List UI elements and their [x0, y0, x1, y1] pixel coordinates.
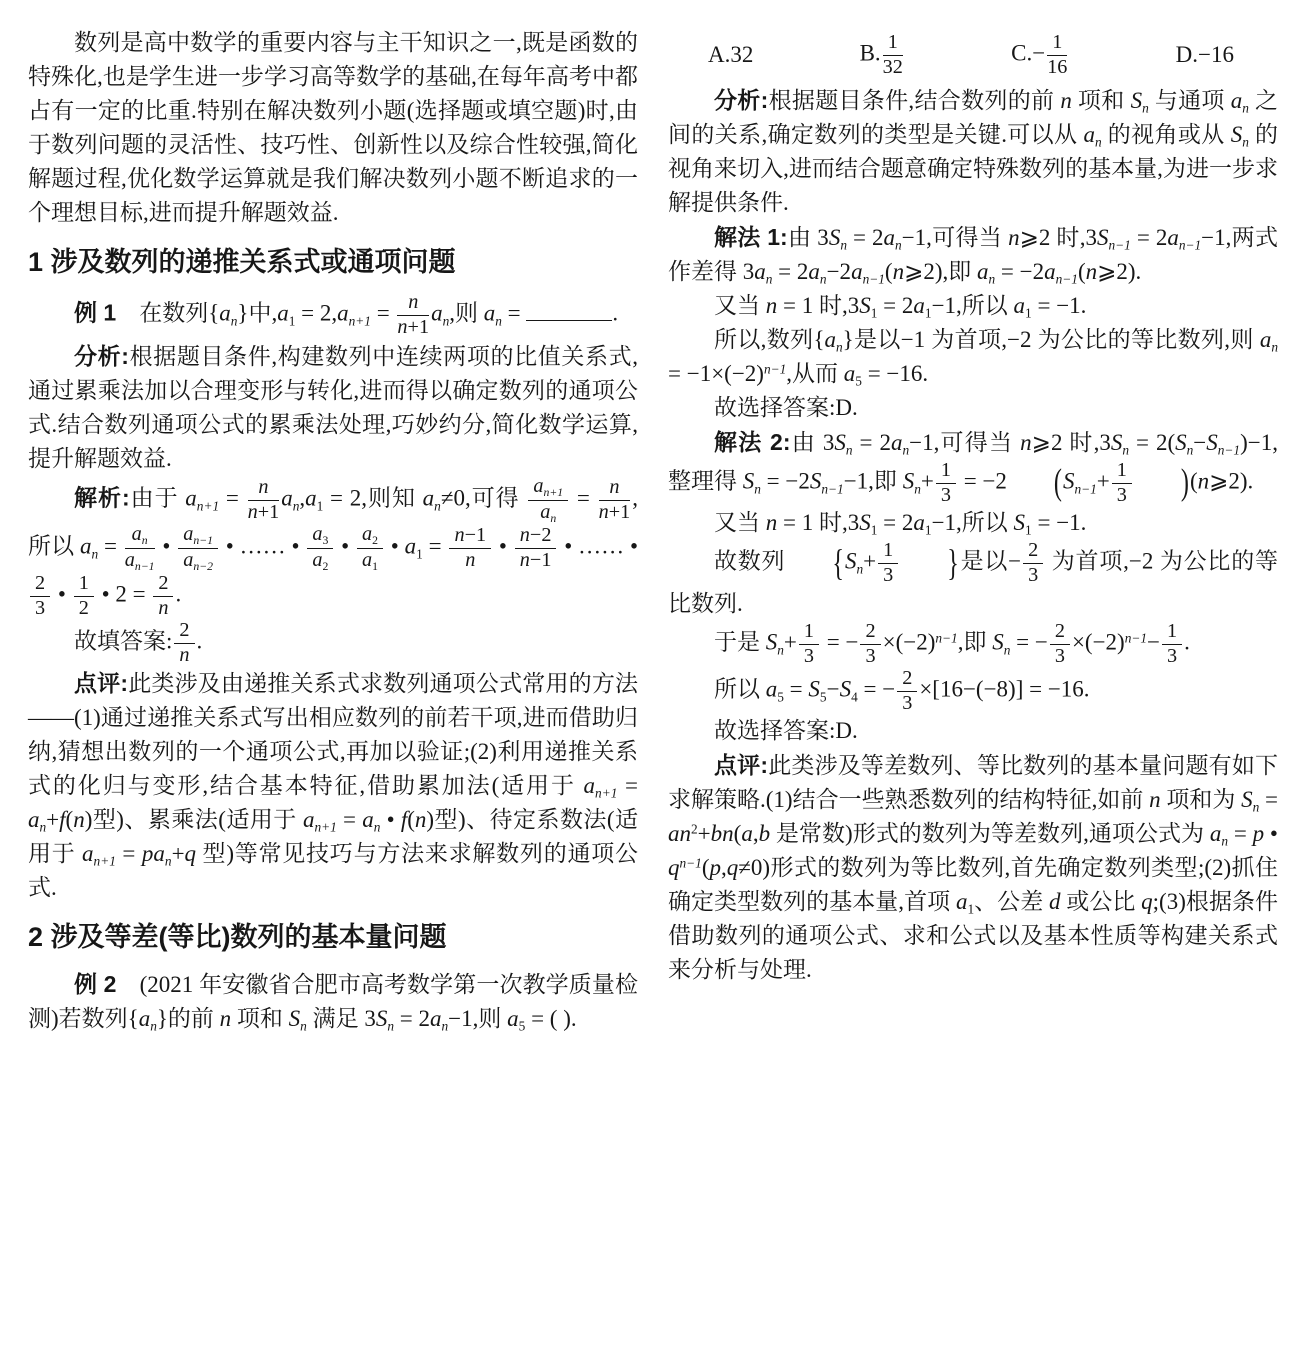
text-run: 所以 — [714, 676, 766, 701]
math-superscript: n−1 — [764, 361, 786, 376]
math-variable: S — [810, 468, 822, 493]
text-run: 2 — [865, 620, 875, 642]
math-variable: n — [158, 597, 168, 619]
math-subscript: 2 — [322, 560, 328, 573]
math-variable: a — [423, 485, 435, 510]
math-subscript: 3 — [322, 534, 328, 547]
math-subscript: n — [142, 534, 148, 547]
fraction: 12 — [72, 573, 96, 620]
text-run: ( — [1190, 468, 1198, 493]
math-variable: a — [913, 510, 925, 535]
math-variable: S — [992, 630, 1004, 655]
method-2-sequence: 故数列{Sn+13}是以−23 为首项,−2 为公比的等比数列. — [668, 540, 1278, 621]
math-variable: a — [808, 259, 820, 284]
text-run: 满足 3 — [307, 1006, 376, 1031]
fraction: an+1an — [526, 476, 570, 525]
math-variable: a — [884, 225, 896, 250]
fraction-denominator: 3 — [897, 692, 917, 715]
fraction-denominator: n+1 — [599, 501, 631, 524]
answer-choice-1: 故选择答案:D. — [668, 391, 1278, 425]
text-run: = — [1228, 821, 1253, 846]
text-run: −1 — [465, 524, 487, 546]
fraction-numerator: 1 — [1162, 621, 1182, 645]
text-run: + — [784, 630, 797, 655]
fraction-denominator: 3 — [1112, 484, 1132, 507]
math-variable: n — [258, 476, 268, 498]
math-variable: n — [1149, 787, 1161, 812]
text-run: −2 — [530, 524, 552, 546]
math-variable: S — [1206, 430, 1218, 455]
math-variable: n — [893, 259, 905, 284]
math-variable: q — [727, 855, 739, 880]
text-run: • — [52, 582, 72, 607]
text-run: = 2 — [853, 430, 891, 455]
text-run: • — [1264, 821, 1278, 846]
text-run: 3 — [35, 597, 45, 619]
math-variable: a — [540, 501, 550, 523]
math-subscript: 5 — [777, 689, 784, 704]
text-run: 是以− — [960, 549, 1021, 574]
fraction-denominator: 2 — [74, 597, 94, 620]
text-run: = −1×(−2) — [668, 361, 764, 386]
math-subscript: n+1 — [544, 486, 564, 499]
math-variable: S — [766, 630, 778, 655]
math-subscript: n — [434, 498, 441, 513]
text-run: ×(−2) — [883, 630, 936, 655]
fraction-numerator: 1 — [1112, 460, 1132, 484]
math-subscript: n — [820, 271, 827, 286]
fraction: anan−1 — [123, 524, 157, 573]
example-1: 例 1 在数列{an}中,a1 = 2,an+1 = nn+1an,则 an =… — [28, 292, 638, 339]
math-subscript: n−1 — [135, 560, 155, 573]
text-run: − — [827, 676, 840, 701]
text-run: 的视角或从 — [1102, 122, 1231, 147]
math-variable: a — [977, 259, 989, 284]
math-variable: n — [1060, 88, 1072, 113]
fraction: n−1n — [447, 525, 493, 572]
text-run: 1 — [1167, 620, 1177, 642]
text-run: = — [423, 534, 448, 559]
text-run: 项和 — [1072, 88, 1131, 113]
math-variable: a — [766, 676, 778, 701]
fraction-denominator: a1 — [357, 549, 383, 573]
section-1-heading: 1 涉及数列的递推关系式或通项问题 — [28, 244, 638, 280]
math-variable: a — [584, 773, 596, 798]
section-2-heading: 2 涉及等差(等比)数列的基本量问题 — [28, 919, 638, 955]
fraction-numerator: n−2 — [515, 525, 557, 549]
math-subscript: n — [914, 481, 921, 496]
text-run: = 2 — [847, 225, 884, 250]
choices-row: A.32B.132C.−116D.−16 — [668, 26, 1278, 83]
math-variable: S — [859, 510, 871, 535]
math-subscript: n−1 — [863, 271, 885, 286]
text-run: = − — [821, 630, 858, 655]
text-run: 2 — [35, 572, 45, 594]
fraction-denominator: 3 — [860, 645, 880, 668]
math-variable: a — [1260, 327, 1272, 352]
fraction: 13 — [876, 540, 900, 587]
bold-label: 分析: — [74, 343, 129, 369]
fraction-denominator: n+1 — [397, 316, 429, 339]
choice-D: D.−16 — [1176, 38, 1234, 72]
text-run: • — [380, 807, 400, 832]
left-column: 数列是高中数学的重要内容与主干知识之一,既是函数的特殊化,也是学生进一步学习高等… — [28, 26, 638, 1036]
math-variable: n — [220, 1006, 232, 1031]
math-subscript: n — [754, 481, 761, 496]
fraction-denominator: n — [174, 644, 194, 667]
text-run: = 2 — [1131, 225, 1168, 250]
text-run: ×[16−(−8)] = −16. — [919, 676, 1089, 701]
math-variable: a — [312, 523, 322, 545]
fraction-numerator: n — [397, 292, 429, 316]
text-run: • …… • — [220, 534, 305, 559]
fraction: 13 — [797, 621, 821, 668]
text-run: 1 — [1052, 31, 1062, 53]
math-subscript: 1 — [925, 523, 932, 538]
text-run: ,则 — [449, 301, 484, 326]
method-2: 解法 2:由 3Sn = 2an−1,可得当 n⩾2 时,3Sn = 2(Sn−… — [668, 425, 1278, 507]
bold-label: 解法 2: — [714, 429, 790, 455]
text-run: 由 3 — [788, 225, 829, 250]
text-run: . — [1184, 630, 1190, 655]
answer-choice-2: 故选择答案:D. — [668, 714, 1278, 748]
text-run: = 2 — [772, 259, 808, 284]
math-subscript: 1 — [1025, 523, 1032, 538]
math-variable: n — [248, 501, 258, 523]
fraction: 13 — [1110, 460, 1134, 507]
math-variable: a — [337, 301, 349, 326]
text-run: 1 — [941, 459, 951, 481]
math-subscript: n — [1242, 134, 1249, 149]
math-variable: q — [668, 855, 680, 880]
math-variable: a — [741, 821, 753, 846]
math-subscript: n — [550, 512, 556, 525]
text-run: 又当 — [714, 293, 766, 318]
text-run: −1,可得当 — [902, 225, 1008, 250]
fraction-denominator: n−1 — [515, 549, 557, 572]
math-variable: S — [1111, 430, 1123, 455]
text-run: − — [1032, 41, 1045, 66]
text-run: . — [197, 628, 203, 653]
math-variable: b — [759, 821, 771, 846]
math-variable: S — [289, 1006, 301, 1031]
math-subscript: n — [1095, 134, 1102, 149]
intro-paragraph: 数列是高中数学的重要内容与主干知识之一,既是函数的特殊化,也是学生进一步学习高等… — [28, 26, 638, 230]
math-variable: n — [1020, 430, 1032, 455]
math-subscript: n — [1271, 339, 1278, 354]
text-run: )型)、累乘法(适用于 — [85, 807, 303, 832]
math-subscript: n−2 — [193, 560, 213, 573]
text-run: 3 — [941, 484, 951, 506]
text-run: + — [172, 841, 185, 866]
text-run: = 2 — [877, 293, 913, 318]
method-1: 解法 1:由 3Sn = 2an−1,可得当 n⩾2 时,3Sn−1 = 2an… — [668, 220, 1278, 289]
text-run: 故填答案: — [74, 628, 172, 653]
text-run: • …… • — [558, 534, 638, 559]
math-subscript: n−1 — [1108, 237, 1130, 252]
math-subscript: 1 — [372, 560, 378, 573]
text-run: 2 — [1028, 539, 1038, 561]
math-subscript: n — [165, 854, 172, 869]
bold-label: 例 2 — [74, 971, 116, 997]
fraction-numerator: 1 — [799, 621, 819, 645]
math-variable: bn — [711, 821, 734, 846]
method-1-case-n1: 又当 n = 1 时,3S1 = 2a1−1,所以 a1 = −1. — [668, 289, 1278, 323]
text-run: 故数列 — [714, 549, 785, 574]
text-run: −1,所以 — [932, 510, 1014, 535]
text-run: + — [863, 549, 876, 574]
math-variable: S — [1131, 88, 1143, 113]
text-run: 3 — [804, 645, 814, 667]
math-subscript: 5 — [855, 373, 862, 388]
bold-label: 解析: — [74, 484, 130, 510]
math-subscript: n — [840, 237, 847, 252]
math-subscript: n — [1142, 100, 1149, 115]
math-variable: n — [397, 316, 407, 338]
text-run: 1 — [79, 572, 89, 594]
right-column: A.32B.132C.−116D.−16分析:根据题目条件,结合数列的前 n 项… — [668, 26, 1278, 1036]
text-run: 由 3 — [790, 430, 834, 455]
fraction: a3a2 — [305, 524, 335, 573]
math-subscript: n — [895, 237, 902, 252]
text-run: +1 — [258, 501, 280, 523]
text-run: = — [502, 301, 526, 326]
math-superscript: 2 — [691, 822, 698, 837]
fraction-denominator: 32 — [883, 56, 903, 79]
article-page: 数列是高中数学的重要内容与主干知识之一,既是函数的特殊化,也是学生进一步学习高等… — [28, 26, 1278, 1036]
fraction: nn+1 — [246, 477, 282, 524]
math-variable: pa — [142, 841, 165, 866]
fraction-numerator: n — [599, 477, 631, 501]
fraction-numerator: 1 — [74, 573, 94, 597]
math-variable: a — [1167, 225, 1179, 250]
fraction-numerator: an — [125, 524, 155, 549]
math-variable: a — [1231, 88, 1243, 113]
math-variable: n — [73, 807, 85, 832]
math-subscript: n — [1242, 100, 1249, 115]
text-run: = −1. — [1032, 510, 1087, 535]
math-subscript: n+1 — [314, 820, 336, 835]
text-run: − — [1147, 630, 1160, 655]
text-run: = 2,则知 — [323, 485, 422, 510]
math-variable: S — [1231, 122, 1243, 147]
math-variable: S — [829, 225, 841, 250]
text-run: = — [617, 773, 638, 798]
math-variable: q — [1141, 889, 1153, 914]
math-subscript: n−1 — [821, 481, 843, 496]
text-run: ⩾2). — [1097, 259, 1141, 284]
math-subscript: 5 — [820, 689, 827, 704]
fraction-denominator: 3 — [936, 484, 956, 507]
math-variable: a — [305, 485, 317, 510]
math-variable: n — [408, 291, 418, 313]
math-variable: a — [362, 549, 372, 571]
math-variable: a — [183, 549, 193, 571]
math-superscript: n−1 — [935, 630, 957, 645]
math-variable: an — [668, 821, 691, 846]
math-variable: a — [125, 549, 135, 571]
math-variable: n — [766, 510, 778, 535]
text-run: ,从而 — [786, 361, 844, 386]
text-run: = — [371, 301, 395, 326]
fraction-denominator: n+1 — [248, 501, 280, 524]
fraction: 13 — [934, 460, 958, 507]
big-delimiter: { — [785, 537, 845, 590]
text-run: = −1. — [1032, 293, 1087, 318]
math-variable: n — [454, 524, 464, 546]
math-variable: a — [132, 523, 142, 545]
fraction-numerator: 2 — [897, 668, 917, 692]
fraction-numerator: a3 — [307, 524, 333, 549]
bold-label: 例 1 — [74, 300, 116, 326]
math-subscript: n+1 — [197, 498, 219, 513]
text-run: ⩾2 时,3 — [1020, 225, 1097, 250]
fraction: 2n — [172, 620, 196, 667]
fraction: 23 — [1021, 540, 1045, 587]
math-variable: a — [28, 807, 40, 832]
math-variable: a — [754, 259, 766, 284]
fraction-denominator: an−2 — [178, 549, 218, 573]
fraction: nn+1 — [597, 477, 633, 524]
math-subscript: n−1 — [1218, 442, 1240, 457]
fraction-denominator: 3 — [878, 564, 898, 587]
text-run: • — [385, 534, 405, 559]
fraction-denominator: 3 — [1162, 645, 1182, 668]
text-run: ⩾2). — [1209, 468, 1253, 493]
fraction: 23 — [1048, 621, 1072, 668]
text-run: = — [116, 841, 142, 866]
text-run: = 1 时,3 — [777, 510, 859, 535]
text-run: 故选择答案:D. — [714, 718, 858, 743]
math-variable: S — [859, 293, 871, 318]
math-subscript: n−1 — [1074, 481, 1096, 496]
math-variable: a — [431, 301, 443, 326]
text-run: • 2 = — [96, 582, 152, 607]
math-subscript: n−1 — [1056, 271, 1078, 286]
method-1-conclusion: 所以,数列{an}是以−1 为首项,−2 为公比的等比数列,则 an = −1×… — [668, 323, 1278, 391]
text-run: − — [1193, 430, 1206, 455]
fraction: 13 — [1160, 621, 1184, 668]
text-run: = − — [1010, 630, 1047, 655]
math-variable: a — [1044, 259, 1056, 284]
math-subscript: n — [777, 642, 784, 657]
math-variable: d — [1049, 889, 1061, 914]
text-run: ( — [1078, 259, 1086, 284]
math-variable: a — [362, 523, 372, 545]
fraction-denominator: an−1 — [125, 549, 155, 573]
math-variable: a — [956, 889, 968, 914]
text-run: = — [219, 485, 245, 510]
text-run: 、公差 — [974, 889, 1049, 914]
fraction-denominator: n — [449, 549, 491, 572]
fraction-numerator: 2 — [30, 573, 50, 597]
fraction-numerator: 2 — [1023, 540, 1043, 564]
text-run: 2 — [1055, 620, 1065, 642]
fraction: 2n — [151, 573, 175, 620]
text-run: = — [784, 676, 808, 701]
math-variable: S — [903, 468, 915, 493]
text-run: }的前 — [157, 1006, 220, 1031]
math-variable: a — [430, 1006, 442, 1031]
text-run: = ( ). — [525, 1006, 576, 1031]
math-superscript: n−1 — [1125, 630, 1147, 645]
text-run: = − — [858, 676, 895, 701]
text-run: . — [612, 301, 618, 326]
math-variable: S — [808, 676, 820, 701]
text-run: = 1 时,3 — [777, 293, 859, 318]
text-run: = 2 — [394, 1006, 430, 1031]
text-run: + — [921, 468, 934, 493]
math-subscript: 1 — [416, 547, 423, 562]
text-run: 1 — [804, 620, 814, 642]
text-run: 是常数)形式的数列为等差数列,通项公式为 — [770, 821, 1210, 846]
text-run: = 2, — [295, 301, 337, 326]
choice-label: B. — [860, 41, 881, 66]
fraction: 23 — [28, 573, 52, 620]
math-variable: S — [840, 676, 852, 701]
math-variable: a — [507, 1006, 519, 1031]
text-run: + — [46, 807, 59, 832]
math-variable: a — [1084, 122, 1096, 147]
text-run: 2 — [79, 597, 89, 619]
comment-1: 点评:此类涉及由递推关系式求数列通项公式常用的方法——(1)通过递推关系式写出相… — [28, 666, 638, 905]
fraction: n−2n−1 — [513, 525, 559, 572]
math-variable: a — [183, 523, 193, 545]
text-run: + — [1097, 468, 1110, 493]
text-run: . — [175, 582, 181, 607]
math-variable: S — [1014, 510, 1026, 535]
fraction: a2a1 — [355, 524, 385, 573]
math-variable: a — [139, 1006, 151, 1031]
math-variable: a — [82, 841, 94, 866]
fraction-numerator: 1 — [883, 32, 903, 56]
text-run: = −2 — [761, 468, 810, 493]
text-run: ⩾2 时,3 — [1032, 430, 1111, 455]
math-subscript: n — [387, 1019, 394, 1034]
fraction-numerator: 2 — [1050, 621, 1070, 645]
text-run: −1,所以 — [932, 293, 1014, 318]
math-variable: a — [824, 327, 836, 352]
text-run: 3 — [1167, 645, 1177, 667]
math-variable: a — [891, 430, 903, 455]
text-run: ⩾2),即 — [904, 259, 977, 284]
fraction-numerator: an−1 — [178, 524, 218, 549]
bold-label: 解法 1: — [714, 224, 788, 250]
choice-label: A. — [708, 42, 730, 67]
choice-C: C.−116 — [1011, 32, 1069, 79]
text-run: −2 — [827, 259, 851, 284]
text-run: 3 — [883, 564, 893, 586]
bold-label: 点评: — [714, 752, 768, 778]
method-2-formula: 于是 Sn+13 = −23×(−2)n−1,即 Sn = −23×(−2)n−… — [668, 621, 1278, 668]
text-run: −16 — [1198, 42, 1234, 67]
math-subscript: 2 — [372, 534, 378, 547]
fraction-denominator: 16 — [1047, 56, 1067, 79]
fraction-denominator: 3 — [799, 645, 819, 668]
fraction-numerator: 2 — [153, 573, 173, 597]
bold-label: 分析: — [714, 87, 768, 113]
text-run: +1 — [609, 501, 631, 523]
math-variable: n — [465, 549, 475, 571]
fraction: 23 — [895, 668, 919, 715]
text-run: = 2( — [1129, 430, 1175, 455]
math-subscript: n — [846, 442, 853, 457]
fraction-denominator: 3 — [30, 597, 50, 620]
fraction: 132 — [881, 32, 905, 79]
fraction-numerator: 2 — [860, 621, 880, 645]
text-run: = — [570, 485, 596, 510]
math-variable: a — [281, 485, 293, 510]
